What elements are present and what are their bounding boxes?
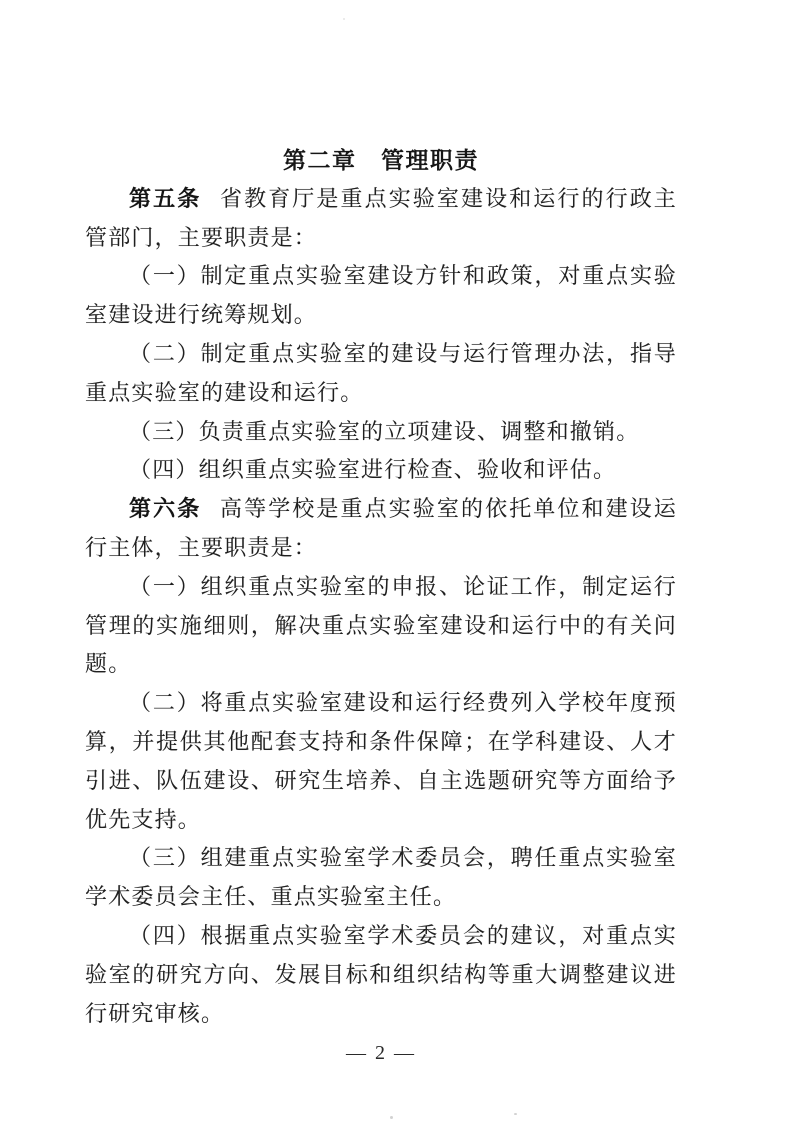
scan-speck xyxy=(514,1113,517,1115)
paragraph-text: （二）将重点实验室建设和运行经费列入学校年度预算，并提供其他配套支持和条件保障；… xyxy=(85,690,677,831)
paragraph-text: （一）制定重点实验室建设方针和政策，对重点实验室建设进行统筹规划。 xyxy=(85,263,677,327)
paragraph-text: （三）负责重点实验室的立项建设、调整和撤销。 xyxy=(129,419,639,444)
article-number: 第五条 xyxy=(129,186,201,211)
paragraph-item-3: （三）负责重点实验室的立项建设、调整和撤销。 xyxy=(85,413,677,452)
paragraph-text: （三）组建重点实验室学术委员会，聘任重点实验室学术委员会主任、重点实验室主任。 xyxy=(85,845,677,909)
document-body: 第二章 管理职责 第五条省教育厅是重点实验室建设和运行的行政主管部门，主要职责是… xyxy=(85,141,677,1033)
paragraph-text: （一）组织重点实验室的申报、论证工作，制定运行管理的实施细则，解决重点实验室建设… xyxy=(85,574,677,677)
page-number: — 2 — xyxy=(85,1040,677,1066)
scanned-document-page: 第二章 管理职责 第五条省教育厅是重点实验室建设和运行的行政主管部门，主要职责是… xyxy=(0,0,800,1131)
paragraph-article-5: 第五条省教育厅是重点实验室建设和运行的行政主管部门，主要职责是： xyxy=(85,180,677,258)
article-number: 第六条 xyxy=(129,496,201,521)
paragraph-item-2: （二）将重点实验室建设和运行经费列入学校年度预算，并提供其他配套支持和条件保障；… xyxy=(85,684,677,839)
paragraph-item-4: （四）根据重点实验室学术委员会的建议，对重点实验室的研究方向、发展目标和组织结构… xyxy=(85,917,677,1033)
paragraph-item-3: （三）组建重点实验室学术委员会，聘任重点实验室学术委员会主任、重点实验室主任。 xyxy=(85,839,677,917)
chapter-title: 第二章 管理职责 xyxy=(85,141,677,180)
paragraph-item-2: （二）制定重点实验室的建设与运行管理办法，指导重点实验室的建设和运行。 xyxy=(85,335,677,413)
paragraph-item-1: （一）组织重点实验室的申报、论证工作，制定运行管理的实施细则，解决重点实验室建设… xyxy=(85,568,677,684)
paragraph-item-4: （四）组织重点实验室进行检查、验收和评估。 xyxy=(85,451,677,490)
paragraph-text: （四）组织重点实验室进行检查、验收和评估。 xyxy=(129,457,616,482)
paragraph-item-1: （一）制定重点实验室建设方针和政策，对重点实验室建设进行统筹规划。 xyxy=(85,257,677,335)
paragraph-text: （二）制定重点实验室的建设与运行管理办法，指导重点实验室的建设和运行。 xyxy=(85,341,677,405)
scan-speck xyxy=(390,1116,393,1119)
paragraph-article-6: 第六条高等学校是重点实验室的依托单位和建设运行主体，主要职责是： xyxy=(85,490,677,568)
paragraph-text: （四）根据重点实验室学术委员会的建议，对重点实验室的研究方向、发展目标和组织结构… xyxy=(85,923,677,1026)
scan-speck xyxy=(343,18,345,20)
